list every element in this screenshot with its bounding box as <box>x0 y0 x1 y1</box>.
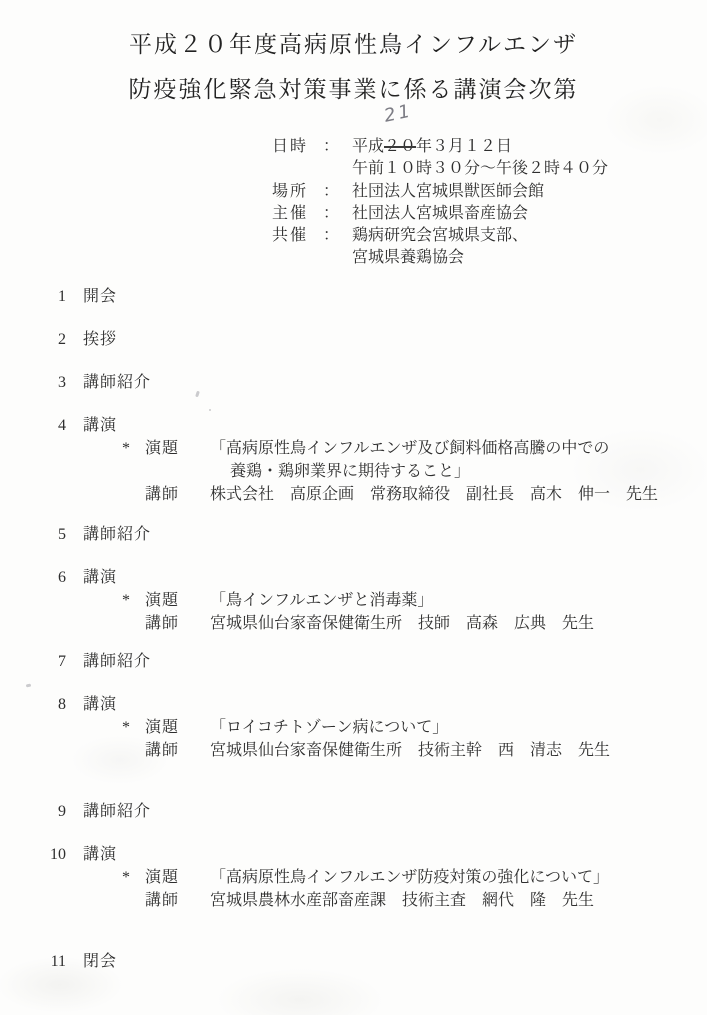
item-number: 10 <box>25 843 66 866</box>
lecture-block: * 演題 「ロイコチトゾーン病について」 講師 宮城県仙台家畜保健衛生所 技術主… <box>122 716 707 762</box>
agenda-item-7: 7 講師紹介 <box>25 650 707 673</box>
item-label: 開会 <box>83 285 117 308</box>
document-title: 平成２０年度高病原性鳥インフルエンザ 防疫強化緊急対策事業に係る講演会次第 <box>0 0 707 112</box>
colon: ： <box>310 181 352 203</box>
item-label: 挨拶 <box>83 328 117 351</box>
item-label: 講演 <box>83 843 117 866</box>
agenda-item-10: 10 講演 * 演題 「高病原性鳥インフルエンザ防疫対策の強化について」 講師 … <box>25 843 707 912</box>
colon: ： <box>310 203 352 225</box>
asterisk-bullet: * <box>122 589 145 612</box>
lecture-title-line1: 「高病原性鳥インフルエンザ及び飼料価格高騰の中での <box>210 437 609 460</box>
lecturer-name: 宮城県仙台家畜保健衛生所 技師 高森 広典 先生 <box>210 612 594 635</box>
colon: ： <box>310 136 352 158</box>
item-number: 1 <box>25 285 66 308</box>
agenda-item-2: 2 挨拶 <box>25 328 707 351</box>
lecturer-name: 株式会社 高原企画 常務取締役 副社長 高木 伸一 先生 <box>210 483 658 506</box>
date-prefix: 平成 <box>352 138 384 155</box>
lecturer-label: 講師 <box>145 889 210 912</box>
lecture-block: * 演題 「鳥インフルエンザと消毒薬」 講師 宮城県仙台家畜保健衛生所 技師 高… <box>122 589 707 635</box>
item-number: 6 <box>25 566 66 589</box>
item-number: 8 <box>25 693 66 716</box>
lecture-title-line1: 「高病原性鳥インフルエンザ防疫対策の強化について」 <box>210 866 609 889</box>
lecturer-name: 宮城県農林水産部畜産課 技術主査 網代 隆 先生 <box>210 889 594 912</box>
item-number: 3 <box>25 371 66 394</box>
lecture-title-line1: 「鳥インフルエンザと消毒薬」 <box>210 589 433 612</box>
lecture-title-label: 演題 <box>145 589 210 612</box>
agenda-item-3: 3 講師紹介 <box>25 371 707 394</box>
info-row-time: 午前１０時３０分～午後２時４０分 <box>272 158 707 180</box>
item-label: 講師紹介 <box>83 800 151 823</box>
agenda-item-5: 5 講師紹介 <box>25 523 707 546</box>
date-struck-out-year: ２０ <box>384 138 416 155</box>
item-label: 講師紹介 <box>83 523 151 546</box>
item-label: 講演 <box>83 566 117 589</box>
event-time: 午前１０時３０分～午後２時４０分 <box>352 158 608 180</box>
agenda-item-1: 1 開会 <box>25 285 707 308</box>
organizer-value: 社団法人宮城県畜産協会 <box>352 203 528 225</box>
asterisk-bullet: * <box>122 437 145 460</box>
agenda-item-6: 6 講演 * 演題 「鳥インフルエンザと消毒薬」 講師 宮城県仙台家畜保健衛生所… <box>25 566 707 635</box>
item-number: 9 <box>25 800 66 823</box>
item-number: 11 <box>25 950 66 973</box>
info-row-organizer: 主催 ： 社団法人宮城県畜産協会 <box>272 203 707 225</box>
info-row-venue: 場所 ： 社団法人宮城県獣医師会館 <box>272 181 707 203</box>
item-number: 7 <box>25 650 66 673</box>
event-date: 平成２０年３月１２日 <box>352 136 512 158</box>
info-row-cosponsor-cont: 宮城県養鶏協会 <box>272 247 707 269</box>
item-label: 講師紹介 <box>83 650 151 673</box>
date-suffix: 年３月１２日 <box>416 138 512 155</box>
scan-speck <box>209 409 211 411</box>
info-row-cosponsor: 共催 ： 鶏病研究会宮城県支部、 <box>272 225 707 247</box>
venue-label: 場所 <box>272 181 310 203</box>
lecture-title-line2: 養鶏・鶏卵業界に期待すること」 <box>230 460 470 483</box>
lecture-block: * 演題 「高病原性鳥インフルエンザ防疫対策の強化について」 講師 宮城県農林水… <box>122 866 707 912</box>
lecture-title-label: 演題 <box>145 716 210 739</box>
organizer-label: 主催 <box>272 203 310 225</box>
item-label: 講演 <box>83 693 117 716</box>
lecturer-name: 宮城県仙台家畜保健衛生所 技術主幹 西 清志 先生 <box>210 739 610 762</box>
item-label: 閉会 <box>83 950 117 973</box>
item-number: 4 <box>25 414 66 437</box>
scanned-document-page: 平成２０年度高病原性鳥インフルエンザ 防疫強化緊急対策事業に係る講演会次第 21… <box>0 0 707 1015</box>
cosponsor-value-line1: 鶏病研究会宮城県支部、 <box>352 225 528 247</box>
document-title-line1: 平成２０年度高病原性鳥インフルエンザ <box>0 22 707 67</box>
asterisk-bullet: * <box>122 716 145 739</box>
agenda-item-11: 11 閉会 <box>25 950 707 973</box>
cosponsor-label: 共催 <box>272 225 310 247</box>
event-info-block: 日時 ： 平成２０年３月１２日 午前１０時３０分～午後２時４０分 場所 ： 社団… <box>272 136 707 270</box>
lecture-title-label: 演題 <box>145 437 210 460</box>
datetime-label: 日時 <box>272 136 310 158</box>
item-number: 5 <box>25 523 66 546</box>
item-number: 2 <box>25 328 66 351</box>
agenda-item-9: 9 講師紹介 <box>25 800 707 823</box>
cosponsor-value-line2: 宮城県養鶏協会 <box>352 247 464 269</box>
agenda-item-8: 8 講演 * 演題 「ロイコチトゾーン病について」 講師 宮城県仙台家畜保健衛生… <box>25 693 707 762</box>
lecture-title-label: 演題 <box>145 866 210 889</box>
item-label: 講師紹介 <box>83 371 151 394</box>
lecture-block: * 演題 「高病原性鳥インフルエンザ及び飼料価格高騰の中での 養鶏・鶏卵業界に期… <box>122 437 707 506</box>
agenda-item-4: 4 講演 * 演題 「高病原性鳥インフルエンザ及び飼料価格高騰の中での 養鶏・鶏… <box>25 414 707 506</box>
agenda-list: 1 開会 2 挨拶 3 講師紹介 4 講演 * 演題 <box>25 285 707 973</box>
lecturer-label: 講師 <box>145 739 210 762</box>
info-row-datetime: 日時 ： 平成２０年３月１２日 <box>272 136 707 158</box>
lecture-title-line1: 「ロイコチトゾーン病について」 <box>210 716 448 739</box>
item-label: 講演 <box>83 414 117 437</box>
lecturer-label: 講師 <box>145 612 210 635</box>
asterisk-bullet: * <box>122 866 145 889</box>
colon: ： <box>310 225 352 247</box>
venue-value: 社団法人宮城県獣医師会館 <box>352 181 544 203</box>
handwritten-year-annotation: 21 <box>382 100 415 127</box>
lecturer-label: 講師 <box>145 483 210 506</box>
document-title-line2: 防疫強化緊急対策事業に係る講演会次第 <box>0 67 707 112</box>
